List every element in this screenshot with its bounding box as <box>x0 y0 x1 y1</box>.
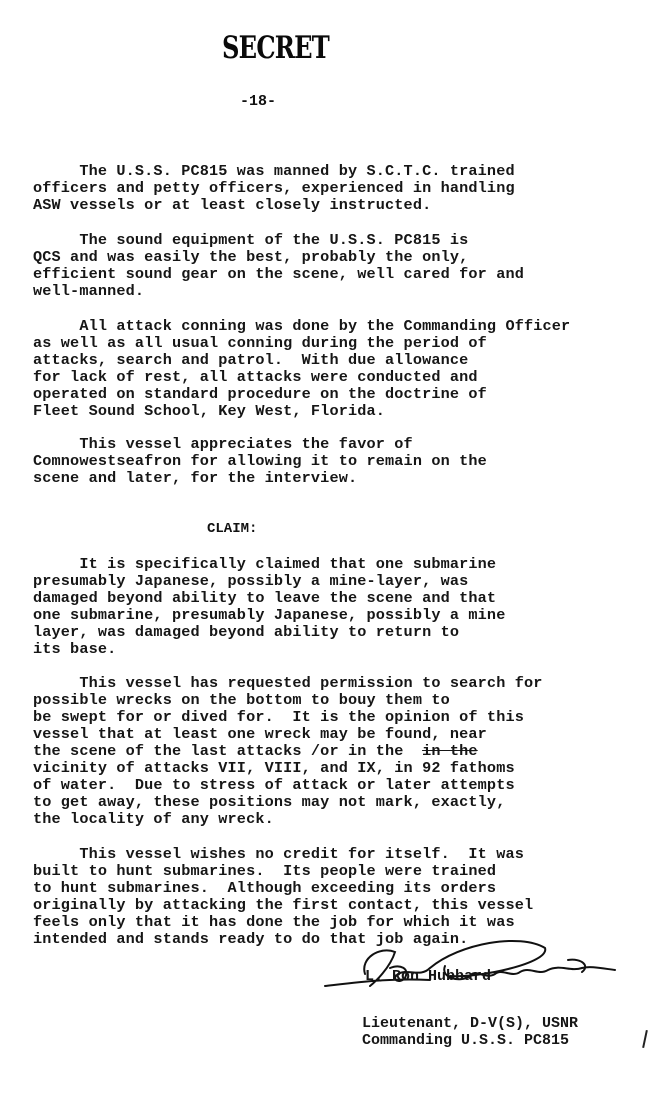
text-line: layer, was damaged beyond ability to ret… <box>33 624 459 641</box>
text-line: to hunt submarines. Although exceeding i… <box>33 880 496 897</box>
text-line: the scene of the last attacks /or in the… <box>33 743 478 760</box>
text-line: operated on standard procedure on the do… <box>33 386 487 403</box>
text-line: presumably Japanese, possibly a mine-lay… <box>33 573 468 590</box>
text-line: The sound equipment of the U.S.S. PC815 … <box>33 232 468 249</box>
text-line: This vessel wishes no credit for itself.… <box>33 846 524 863</box>
text-segment: the scene of the last attacks /or in the <box>33 742 404 760</box>
text-line: of water. Due to stress of attack or lat… <box>33 777 515 794</box>
text-line: It is specifically claimed that one subm… <box>33 556 496 573</box>
text-line: for lack of rest, all attacks were condu… <box>33 369 478 386</box>
text-line: its base. <box>33 641 116 658</box>
text-line: This vessel has requested permission to … <box>33 675 543 692</box>
text-line: be swept for or dived for. It is the opi… <box>33 709 524 726</box>
claim-heading: CLAIM: <box>207 521 257 537</box>
text-line: feels only that it has done the job for … <box>33 914 515 931</box>
document-page: SECRET -18- The U.S.S. PC815 was manned … <box>0 0 652 1096</box>
text-line: as well as all usual conning during the … <box>33 335 487 352</box>
signatory-name: L. Ron Hubbard <box>365 968 491 985</box>
text-line: ASW vessels or at least closely instruct… <box>33 197 431 214</box>
secret-stamp: SECRET <box>222 30 329 66</box>
struck-text: in the <box>422 742 478 760</box>
text-line: one submarine, presumably Japanese, poss… <box>33 607 505 624</box>
text-line: This vessel appreciates the favor of <box>33 436 413 453</box>
signatory-title: Commanding U.S.S. PC815 <box>362 1032 569 1049</box>
text-line: QCS and was easily the best, probably th… <box>33 249 468 266</box>
text-line: the locality of any wreck. <box>33 811 274 828</box>
text-line: possible wrecks on the bottom to bouy th… <box>33 692 450 709</box>
text-line: attacks, search and patrol. With due all… <box>33 352 468 369</box>
text-line: The U.S.S. PC815 was manned by S.C.T.C. … <box>33 163 515 180</box>
text-line: efficient sound gear on the scene, well … <box>33 266 524 283</box>
page-number: -18- <box>240 93 276 110</box>
text-line: vicinity of attacks VII, VIII, and IX, i… <box>33 760 515 777</box>
margin-mark <box>642 1030 648 1048</box>
text-line: Comnowestseafron for allowing it to rema… <box>33 453 487 470</box>
text-line: damaged beyond ability to leave the scen… <box>33 590 496 607</box>
text-line: Fleet Sound School, Key West, Florida. <box>33 403 385 420</box>
text-line: All attack conning was done by the Comma… <box>33 318 570 335</box>
signatory-rank: Lieutenant, D-V(S), USNR <box>362 1015 578 1032</box>
text-line: built to hunt submarines. Its people wer… <box>33 863 496 880</box>
text-line: vessel that at least one wreck may be fo… <box>33 726 487 743</box>
text-line: to get away, these positions may not mar… <box>33 794 505 811</box>
text-line: well-manned. <box>33 283 144 300</box>
text-line: scene and later, for the interview. <box>33 470 357 487</box>
text-line: officers and petty officers, experienced… <box>33 180 515 197</box>
text-line: originally by attacking the first contac… <box>33 897 533 914</box>
